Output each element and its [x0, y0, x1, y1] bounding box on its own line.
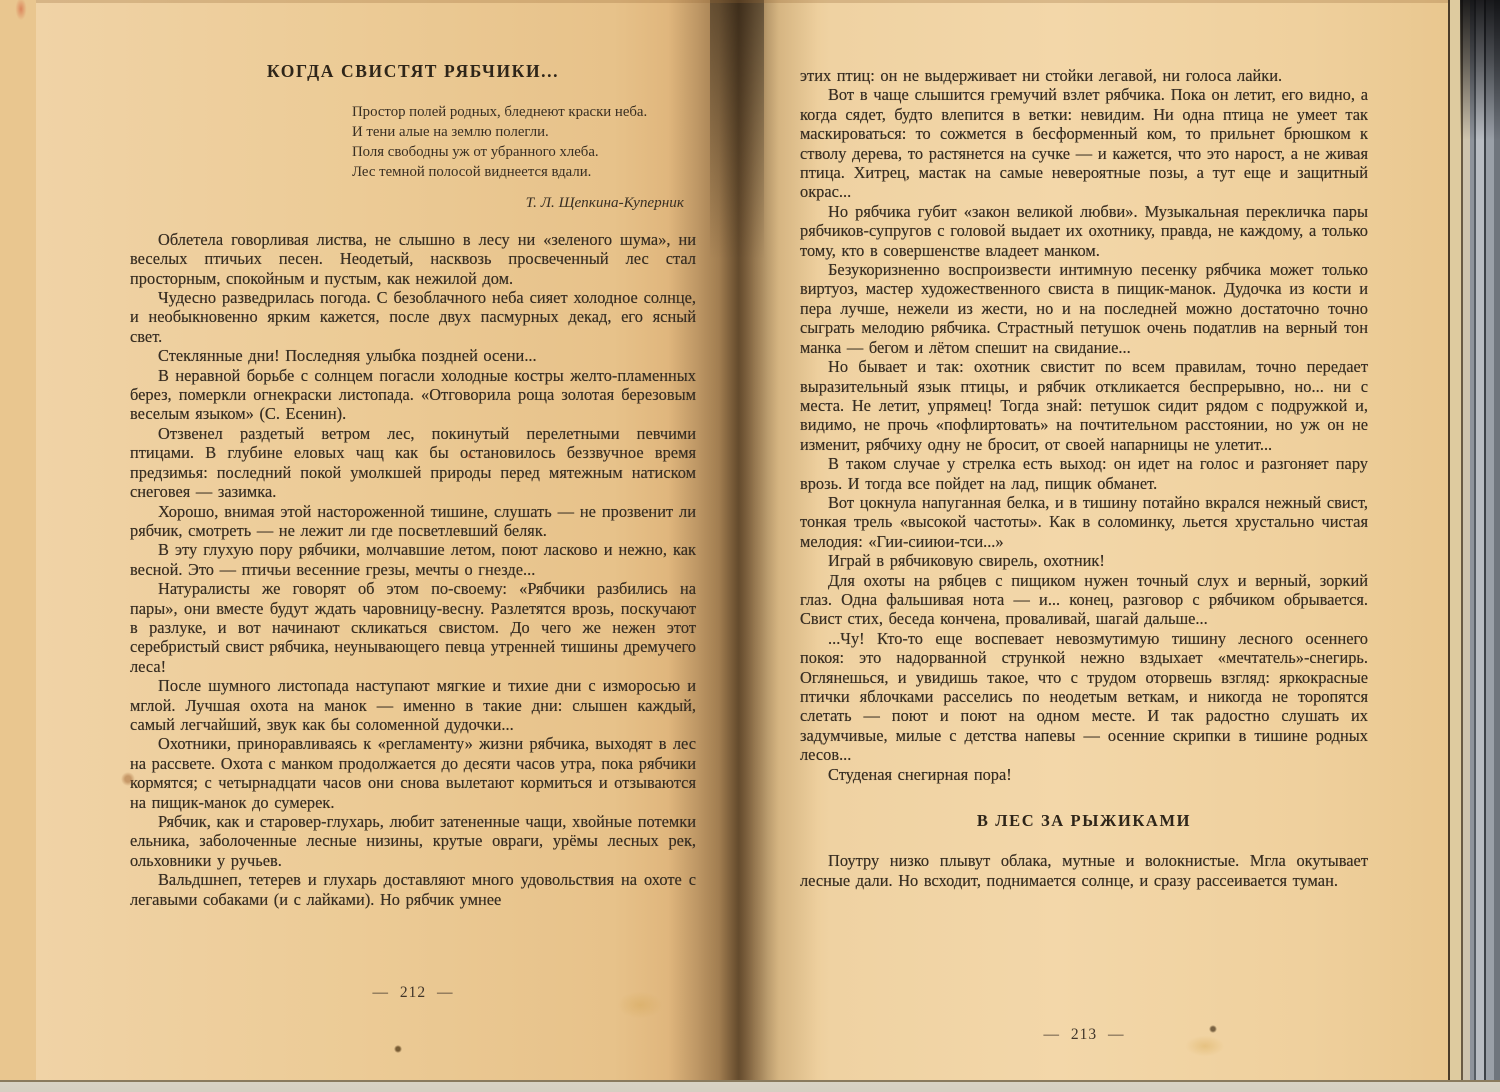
paragraph: этих птиц: он не выдерживает ни стойки л…	[800, 66, 1368, 85]
chapter-title: КОГДА СВИСТЯТ РЯБЧИКИ...	[130, 62, 696, 81]
page-number-left: — 212 —	[130, 984, 696, 1002]
book-scan: КОГДА СВИСТЯТ РЯБЧИКИ... Простор полей р…	[0, 0, 1500, 1092]
page-number-right: — 213 —	[800, 1026, 1368, 1044]
right-fore-edge	[1448, 0, 1500, 1084]
epigraph-line: Простор полей родных, бледнеют краски не…	[352, 102, 696, 122]
paragraph: Для охоты на рябцев с пищиком нужен точн…	[800, 571, 1368, 629]
paragraph: В таком случае у стрелка есть выход: он …	[800, 454, 1368, 493]
right-page-body: этих птиц: он не выдерживает ни стойки л…	[800, 66, 1368, 890]
epigraph-line: Поля свободны уж от убранного хлеба.	[352, 142, 696, 162]
paragraph: Облетела говорливая листва, не слышно в …	[130, 230, 696, 288]
left-page-body: Облетела говорливая листва, не слышно в …	[130, 230, 696, 909]
epigraph: Простор полей родных, бледнеют краски не…	[352, 102, 696, 182]
paragraph: Стеклянные дни! Последняя улыбка поздней…	[130, 346, 696, 365]
paragraph: Безукоризненно воспроизвести интимную пе…	[800, 260, 1368, 357]
paragraph: В эту глухую пору рябчики, молчавшие лет…	[130, 540, 696, 579]
right-page-content: этих птиц: он не выдерживает ни стойки л…	[800, 66, 1368, 890]
left-page-content: КОГДА СВИСТЯТ РЯБЧИКИ... Простор полей р…	[130, 62, 696, 909]
paragraph: В неравной борьбе с солнцем погасли холо…	[130, 366, 696, 424]
section-title: В ЛЕС ЗА РЫЖИКАМИ	[800, 811, 1368, 830]
paragraph: Вот цокнула напуганная белка, и в тишину…	[800, 493, 1368, 551]
epigraph-line: И тени алые на землю полегли.	[352, 122, 696, 142]
epigraph-attribution: Т. Л. Щепкина-Куперник	[130, 193, 696, 212]
left-page-edges	[0, 0, 36, 1084]
paragraph: Поутру низко плывут облака, мутные и вол…	[800, 851, 1368, 890]
paragraph: Натуралисты же говорят об этом по-своему…	[130, 579, 696, 676]
paragraph: Хорошо, внимая этой настороженной тишине…	[130, 502, 696, 541]
paragraph: Отзвенел раздетый ветром лес, покинутый …	[130, 424, 696, 502]
paragraph: ...Чу! Кто-то еще воспевает невозмутимую…	[800, 629, 1368, 765]
epigraph-line: Лес темной полосой виднеется вдали.	[352, 162, 696, 182]
paragraph: Чудесно разведрилась погода. С безоблачн…	[130, 288, 696, 346]
paragraph: Охотники, приноравливаясь к «регламенту»…	[130, 734, 696, 812]
top-edge	[36, 0, 1448, 3]
paragraph: Но рябчика губит «закон великой любви». …	[800, 202, 1368, 260]
paragraph: Но бывает и так: охотник свистит по всем…	[800, 357, 1368, 454]
paragraph: Студеная снегирная пора!	[800, 765, 1368, 784]
paragraph: Вот в чаще слышится гремучий взлет рябчи…	[800, 85, 1368, 201]
paragraph: Играй в рябчиковую свирель, охотник!	[800, 551, 1368, 570]
paragraph: Рябчик, как и старовер-глухарь, любит за…	[130, 812, 696, 870]
paragraph: Вальдшнеп, тетерев и глухарь доставляют …	[130, 870, 696, 909]
paragraph: После шумного листопада наступают мягкие…	[130, 676, 696, 734]
bottom-edge	[0, 1080, 1500, 1092]
